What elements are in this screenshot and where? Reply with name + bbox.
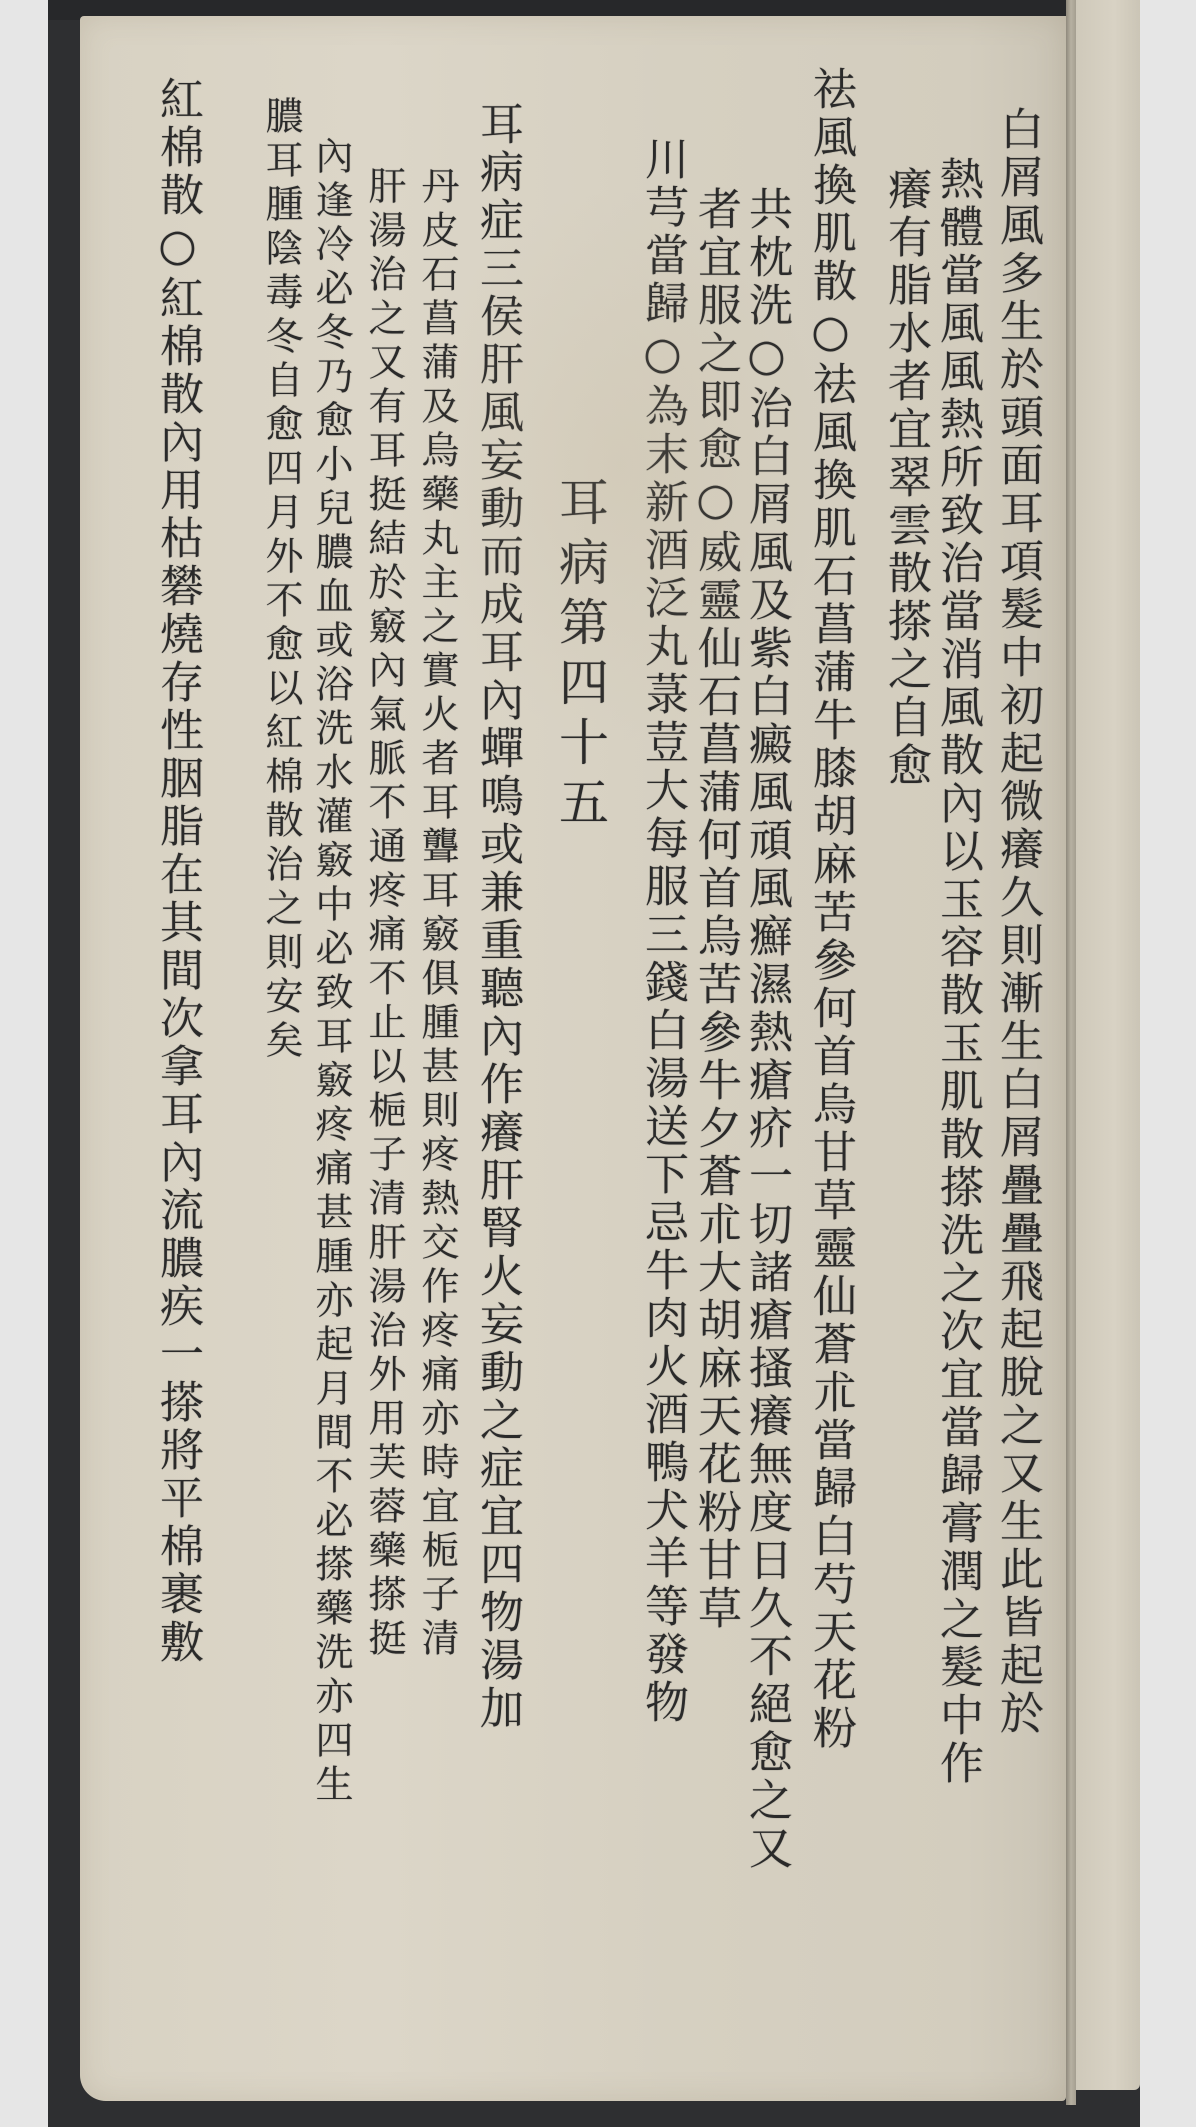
text-columns: 白屑風多生於頭面耳項髮中初起微癢久則漸生白屑疊疊飛起脫之又生此皆起於 熱體當風風… — [80, 16, 1066, 2101]
text-column-14: 紅棉散○紅棉散內用枯礬燒存性胭脂在其間次拿耳內流膿疾一搽將平棉裹敷 — [155, 76, 199, 2086]
text-column-2: 熱體當風風熱所致治當消風散內以玉容散玉肌散搽洗之次宜當歸膏潤之髮中作 — [935, 156, 979, 2086]
text-column-10: 丹皮石菖蒲及烏藥丸主之實火者耳聾耳竅俱腫甚則疼熱交作疼痛亦時宜栀子清 — [418, 166, 456, 2086]
text-column-9: 耳病症三侯肝風妄動而成耳內蟬鳴或兼重聽內作癢肝腎火妄動之症宜四物湯加 — [475, 101, 519, 2081]
text-column-3: 癢有脂水者宜翠雲散搽之自愈 — [883, 166, 927, 866]
section-heading-ear-disease: 耳病第四十五 — [555, 476, 605, 896]
text-column-13: 膿耳腫陰毒冬自愈四月外不愈以紅棉散治之則安矣 — [262, 96, 300, 1396]
manuscript-page: 白屑風多生於頭面耳項髮中初起微癢久則漸生白屑疊疊飛起脫之又生此皆起於 熱體當風風… — [80, 16, 1066, 2101]
text-column-1: 白屑風多生於頭面耳項髮中初起微癢久則漸生白屑疊疊飛起脫之又生此皆起於 — [995, 106, 1039, 2086]
text-column-6: 者宜服之即愈○威靈仙石菖蒲何首烏苦參牛夕蒼朮大胡麻天花粉甘草 — [693, 186, 737, 2086]
text-column-12: 內逢冷必冬乃愈小兒膿血或浴洗水灌竅中必致耳竅疼痛甚腫亦起月間不必搽藥洗亦四生 — [312, 136, 350, 2086]
text-column-4: 祛風換肌散○祛風換肌石菖蒲牛膝胡麻苦參何首烏甘草靈仙蒼朮當歸白芍天花粉 — [808, 66, 852, 2086]
adjacent-page-edge — [1076, 0, 1140, 2090]
text-column-7: 川芎當歸○為末新酒泛丸菉荳大每服三錢白湯送下忌牛肉火酒鴨犬羊等發物 — [640, 136, 684, 2086]
text-column-5: 共枕洗○治白屑風及紫白癜風頑風癬濕熱瘡疥一切諸瘡搔癢無度日久不絕愈之又 — [744, 186, 788, 2086]
book-gutter — [1066, 0, 1076, 2105]
text-column-11: 肝湯治之又有耳挺結於竅內氣脈不通疼痛不止以梔子清肝湯治外用芙蓉藥搽挺 — [365, 166, 403, 2086]
